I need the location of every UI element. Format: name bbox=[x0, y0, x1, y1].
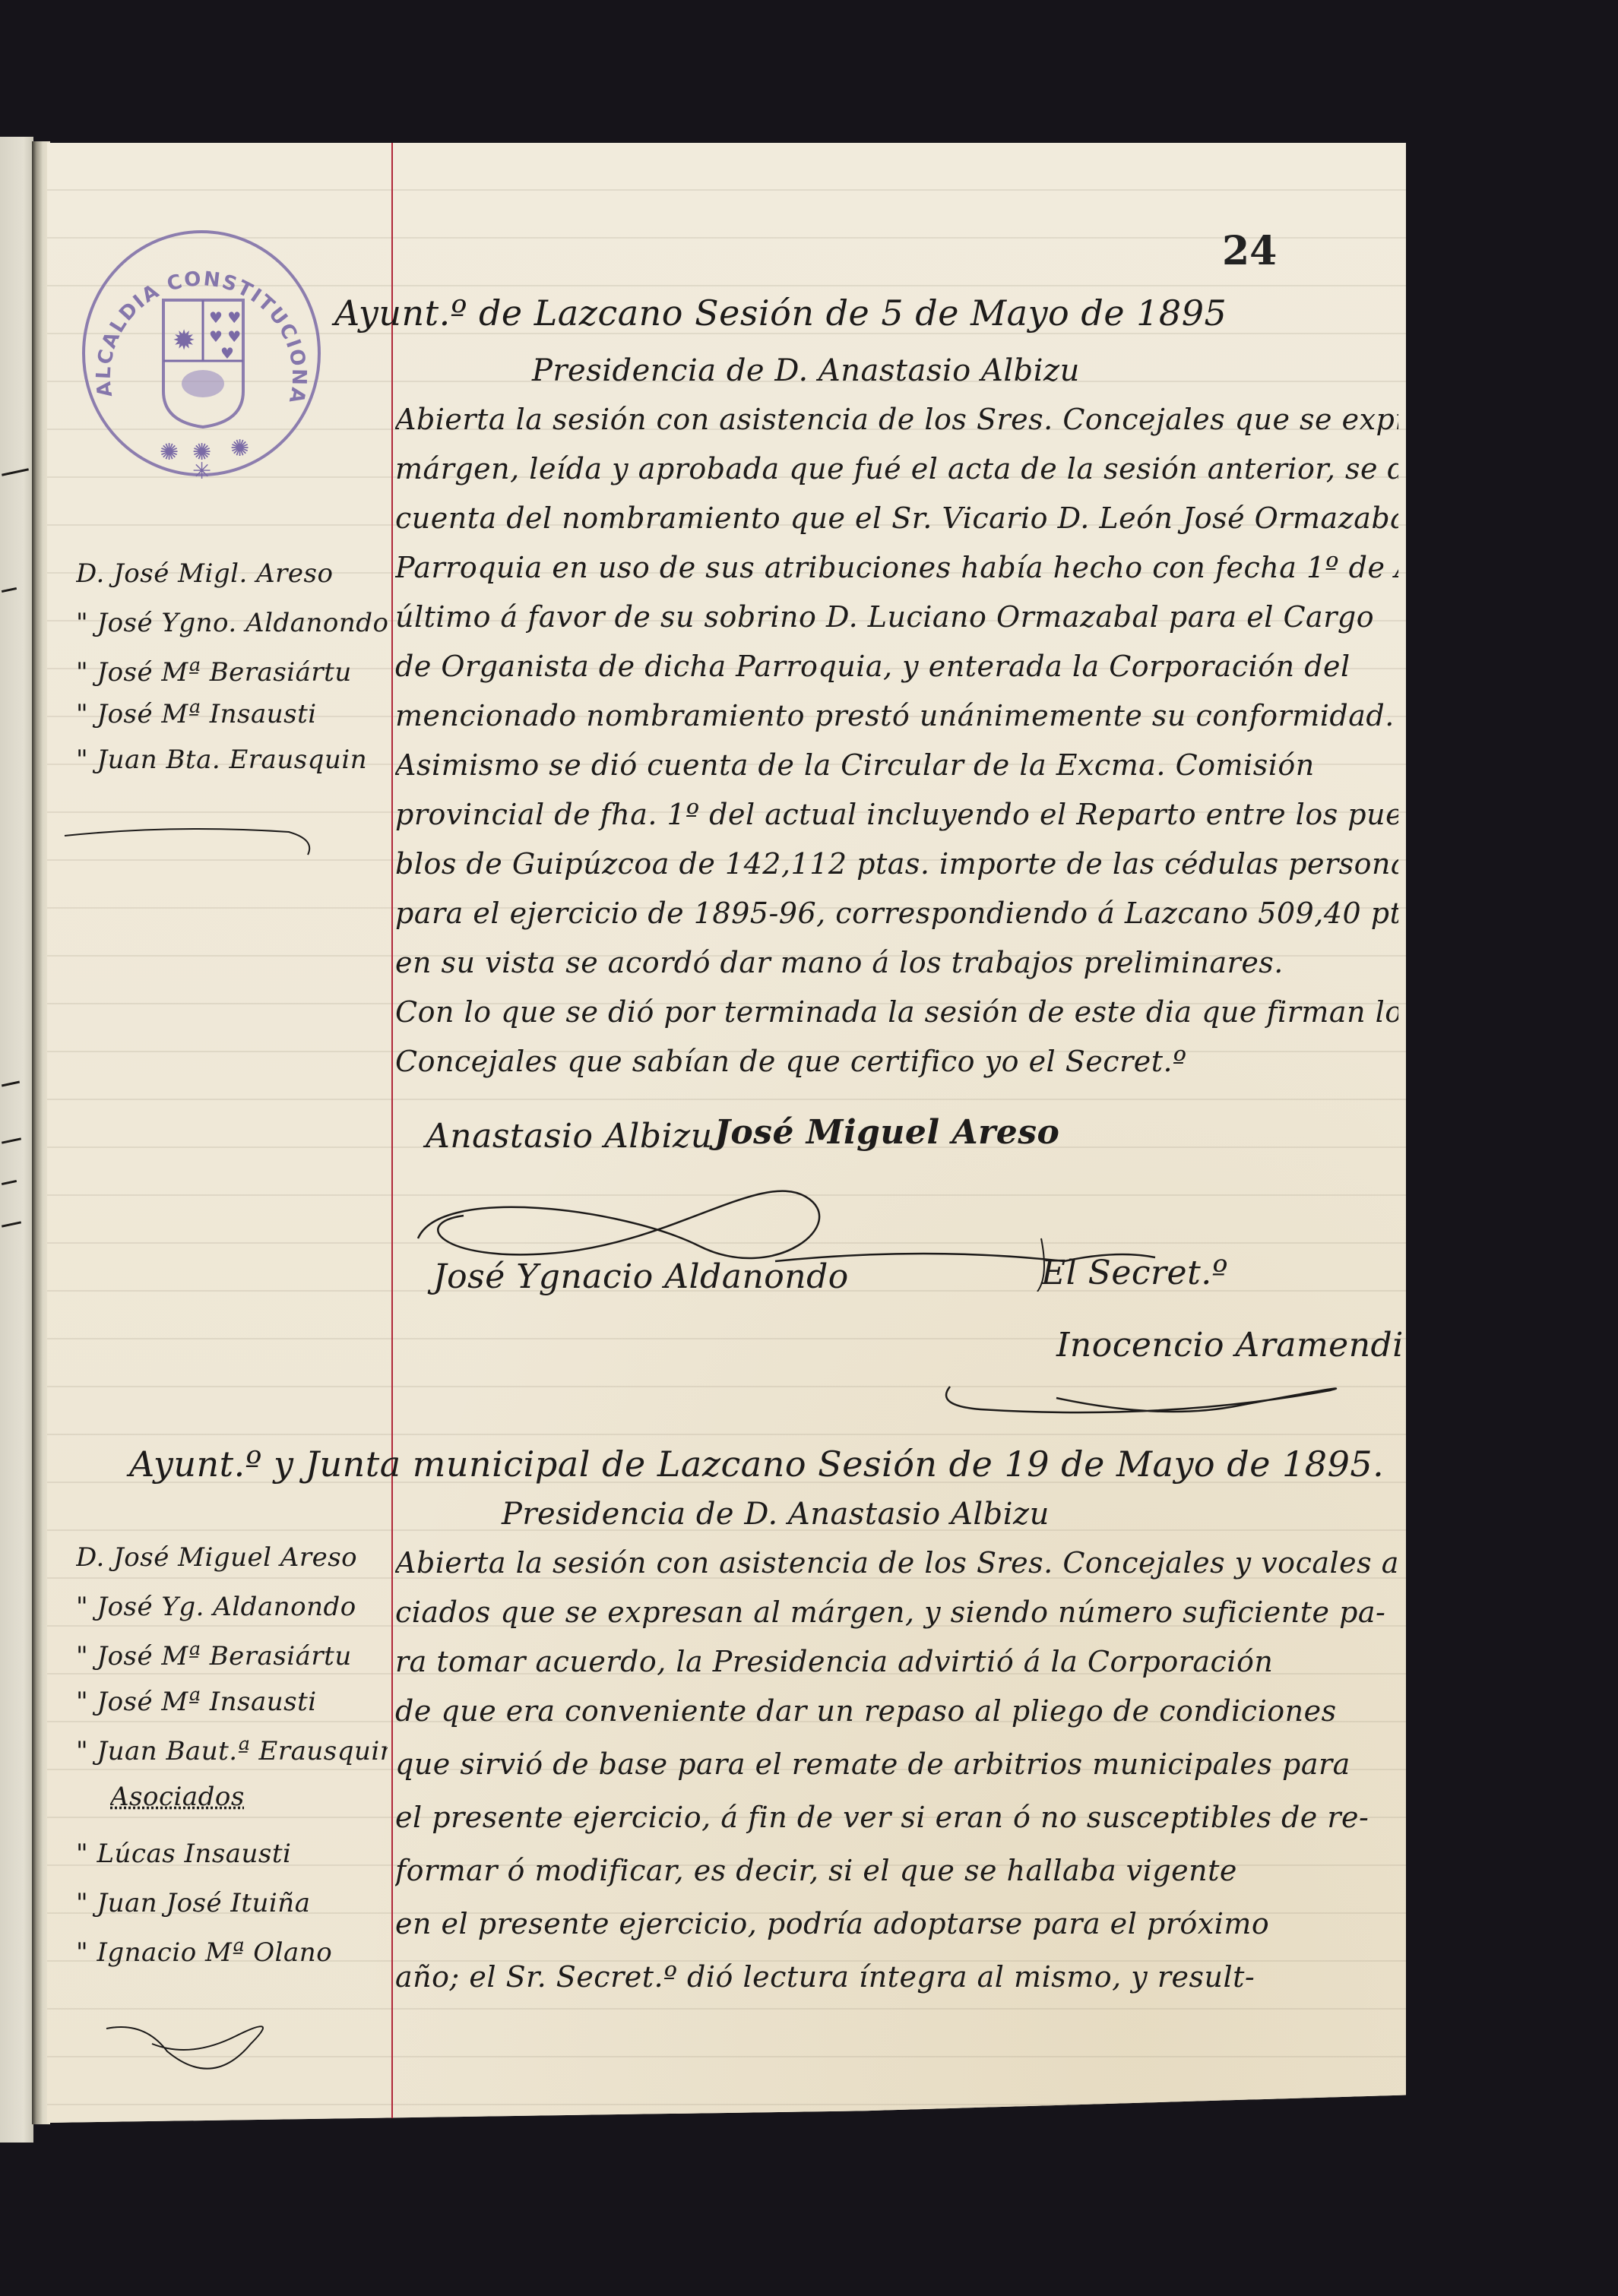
svg-text:✺: ✺ bbox=[160, 439, 179, 466]
session2-heading: Ayunt.º y Junta municipal de Lazcano Ses… bbox=[129, 1444, 1384, 1485]
body-line: Con lo que se dió por terminada la sesió… bbox=[395, 995, 1398, 1029]
attendee: " Juan José Ituiña bbox=[76, 1888, 388, 1918]
attendee: D. José Miguel Areso bbox=[76, 1542, 388, 1573]
attendee: " Juan Bta. Erausquin bbox=[76, 745, 388, 775]
ink-fragment bbox=[2, 468, 29, 476]
attendee: " Ignacio Mª Olano bbox=[76, 1937, 388, 1968]
previous-page-edge bbox=[0, 137, 33, 2143]
body-line: ra tomar acuerdo, la Presidencia advirti… bbox=[395, 1645, 1398, 1678]
body-line: mencionado nombramiento prestó unánimeme… bbox=[395, 699, 1398, 732]
body-line: en su vista se acordó dar mano á los tra… bbox=[395, 946, 1398, 979]
body-line: Abierta la sesión con asistencia de los … bbox=[395, 403, 1398, 436]
signature: Inocencio Aramendi bbox=[1056, 1326, 1404, 1365]
attendee: " Juan Baut.ª Erausquin bbox=[76, 1736, 388, 1766]
attendee: " José Mª Berasiártu bbox=[76, 657, 388, 688]
body-line: año; el Sr. Secret.º dió lectura íntegra… bbox=[395, 1960, 1398, 1994]
body-line: el presente ejercicio, á fin de ver si e… bbox=[395, 1801, 1398, 1834]
signature: José Miguel Areso bbox=[714, 1113, 1059, 1152]
svg-text:♥: ♥ bbox=[220, 344, 234, 362]
body-line: que sirvió de base para el remate de arb… bbox=[395, 1747, 1398, 1781]
body-line: de Organista de dicha Parroquia, y enter… bbox=[395, 650, 1398, 683]
ink-fragment bbox=[2, 587, 17, 593]
body-line: Concejales que sabían de que certifico y… bbox=[395, 1045, 1398, 1078]
session1-presidency: Presidencia de D. Anastasio Albizu bbox=[532, 353, 1080, 388]
body-line: Abierta la sesión con asistencia de los … bbox=[395, 1546, 1398, 1580]
svg-text:♥ ♥: ♥ ♥ bbox=[209, 327, 241, 346]
secretary-flourish bbox=[935, 1375, 1360, 1436]
attendee: " José Yg. Aldanondo bbox=[76, 1592, 388, 1622]
body-line: último á favor de su sobrino D. Luciano … bbox=[395, 600, 1398, 634]
session1-heading: Ayunt.º de Lazcano Sesión de 5 de Mayo d… bbox=[334, 293, 1227, 334]
attendee: " José Mª Berasiártu bbox=[76, 1641, 388, 1671]
attendee: " José Mª Insausti bbox=[76, 1687, 388, 1717]
margin-flourish bbox=[61, 821, 334, 859]
margin-flourish bbox=[99, 2013, 342, 2089]
body-line: cuenta del nombramiento que el Sr. Vicar… bbox=[395, 501, 1398, 535]
ink-fragment bbox=[2, 1180, 17, 1185]
body-line: de que era conveniente dar un repaso al … bbox=[395, 1694, 1398, 1728]
body-line: Asimismo se dió cuenta de la Circular de… bbox=[395, 748, 1398, 782]
body-line: ciados que se expresan al márgen, y sien… bbox=[395, 1595, 1398, 1629]
page-number: 24 bbox=[1222, 228, 1277, 274]
red-margin-rule bbox=[391, 143, 393, 2118]
body-line: Parroquia en uso de sus atribuciones hab… bbox=[395, 551, 1398, 584]
svg-text:✺: ✺ bbox=[230, 435, 249, 462]
attendee: " Lúcas Insausti bbox=[76, 1839, 388, 1869]
body-line: en el presente ejercicio, podría adoptar… bbox=[395, 1907, 1398, 1940]
attendee: " José Mª Insausti bbox=[76, 699, 388, 729]
body-line: provincial de fha. 1º del actual incluye… bbox=[395, 798, 1398, 831]
ink-fragment bbox=[2, 1137, 21, 1143]
signature: Anastasio Albizu bbox=[426, 1117, 713, 1156]
body-line: blos de Guipúzcoa de 142,112 ptas. impor… bbox=[395, 847, 1398, 881]
svg-text:✳: ✳ bbox=[192, 458, 211, 479]
body-line: para el ejercicio de 1895-96, correspond… bbox=[395, 897, 1398, 930]
body-line: formar ó modificar, es decir, si el que … bbox=[395, 1854, 1398, 1887]
session2-presidency: Presidencia de D. Anastasio Albizu bbox=[502, 1497, 1050, 1532]
svg-text:✹: ✹ bbox=[173, 325, 195, 356]
signature-flourish bbox=[395, 1155, 1193, 1292]
ink-fragment bbox=[2, 1081, 20, 1087]
attendee: " José Ygno. Aldanondo bbox=[76, 608, 388, 638]
ink-fragment bbox=[2, 1221, 21, 1227]
attendee: D. José Migl. Areso bbox=[76, 558, 388, 589]
svg-text:♥ ♥: ♥ ♥ bbox=[209, 308, 241, 327]
municipal-seal-stamp: ALCALDIA CONSTITUCIONAL DE LAZCANO ✹ ♥ ♥… bbox=[80, 228, 323, 479]
body-line: márgen, leída y aprobada que fué el acta… bbox=[395, 452, 1398, 485]
associates-heading: Asociados bbox=[110, 1782, 422, 1812]
